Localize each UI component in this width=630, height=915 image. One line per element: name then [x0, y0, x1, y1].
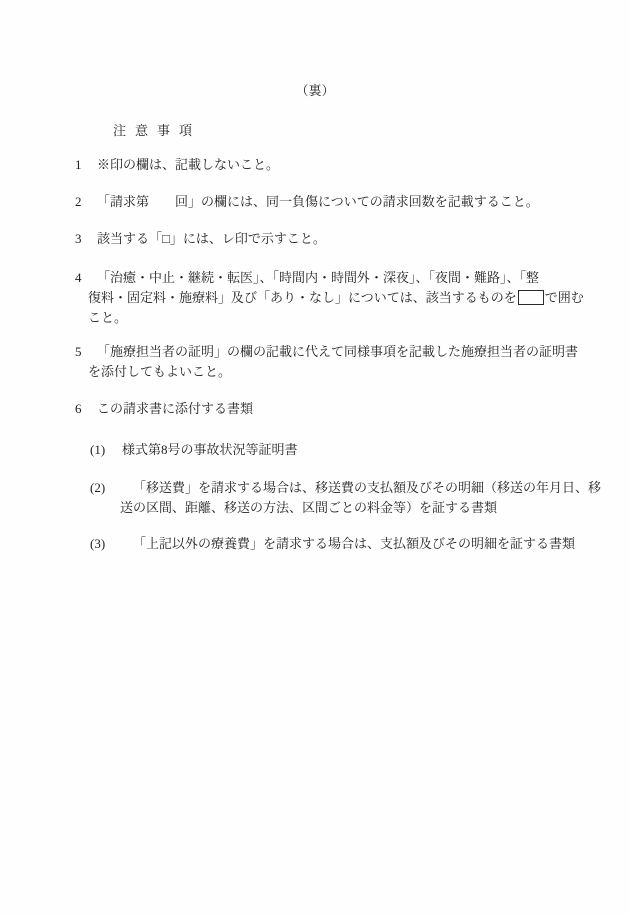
item-line: こと。: [88, 308, 630, 328]
note-item-3: 3該当する「□」には、レ印で示すこと。: [0, 229, 630, 249]
note-item-5: 5「施療担当者の証明」の欄の記載に代えて同様事項を記載した施療担当者の証明書を添…: [0, 342, 630, 382]
item-line: 復料・固定料・施療料」及び「あり・なし」については、該当するものをで囲む: [88, 288, 630, 308]
item-line: 該当する「□」には、レ印で示すこと。: [97, 229, 630, 249]
item-line: 「治癒・中止・継続・転医」、「時間内・時間外・深夜」、「夜間・難路」、「整: [97, 268, 630, 288]
attachment-item-2: (2)「移送費」を請求する場合は、移送費の支払額及びその明細（移送の年月日、移送…: [0, 478, 630, 518]
item-number: 5: [75, 342, 82, 362]
item-line: 送の区間、距離、移送の方法、区間ごとの料金等）を証する書類: [120, 498, 630, 518]
note-item-1: 1※印の欄は、記載しないこと。: [0, 155, 630, 175]
item-line: 「上記以外の療養費」を請求する場合は、支払額及びその明細を証する書類: [133, 534, 630, 554]
item-body: 「施療担当者の証明」の欄の記載に代えて同様事項を記載した施療担当者の証明書を添付…: [0, 342, 630, 382]
item-body: ※印の欄は、記載しないこと。: [0, 155, 630, 175]
document-page: （裏） 注意事項 1※印の欄は、記載しないこと。2「請求第 回」の欄には、同一負…: [0, 0, 630, 915]
item-line: 「請求第 回」の欄には、同一負傷についての請求回数を記載すること。: [97, 192, 630, 212]
page-side-label: （裏）: [0, 81, 630, 101]
item-line: この請求書に添付する書類: [97, 399, 630, 419]
item-number: (2): [90, 478, 105, 498]
enclosure-box: [518, 290, 544, 305]
item-body: 「治癒・中止・継続・転医」、「時間内・時間外・深夜」、「夜間・難路」、「整復料・…: [0, 268, 630, 328]
attachment-item-3: (3)「上記以外の療養費」を請求する場合は、支払額及びその明細を証する書類: [0, 534, 630, 554]
notes-heading: 注意事項: [113, 121, 201, 141]
note-item-4: 4「治癒・中止・継続・転医」、「時間内・時間外・深夜」、「夜間・難路」、「整復料…: [0, 268, 630, 328]
item-body: この請求書に添付する書類: [0, 399, 630, 419]
item-number: (3): [90, 534, 105, 554]
item-line: ※印の欄は、記載しないこと。: [97, 155, 630, 175]
item-body: 該当する「□」には、レ印で示すこと。: [0, 229, 630, 249]
item-number: 2: [75, 192, 82, 212]
item-line: 「施療担当者の証明」の欄の記載に代えて同様事項を記載した施療担当者の証明書: [97, 342, 630, 362]
item-line: を添付してもよいこと。: [88, 362, 630, 382]
item-number: 1: [75, 155, 82, 175]
item-number: 6: [75, 399, 82, 419]
item-line: 様式第8号の事故状況等証明書: [122, 440, 630, 460]
item-number: (1): [90, 440, 105, 460]
note-item-2: 2「請求第 回」の欄には、同一負傷についての請求回数を記載すること。: [0, 192, 630, 212]
attachment-item-1: (1)様式第8号の事故状況等証明書: [0, 440, 630, 460]
item-number: 4: [75, 268, 82, 288]
item-line: 「移送費」を請求する場合は、移送費の支払額及びその明細（移送の年月日、移: [133, 478, 630, 498]
note-item-6: 6この請求書に添付する書類: [0, 399, 630, 419]
item-number: 3: [75, 229, 82, 249]
item-body: 「請求第 回」の欄には、同一負傷についての請求回数を記載すること。: [0, 192, 630, 212]
